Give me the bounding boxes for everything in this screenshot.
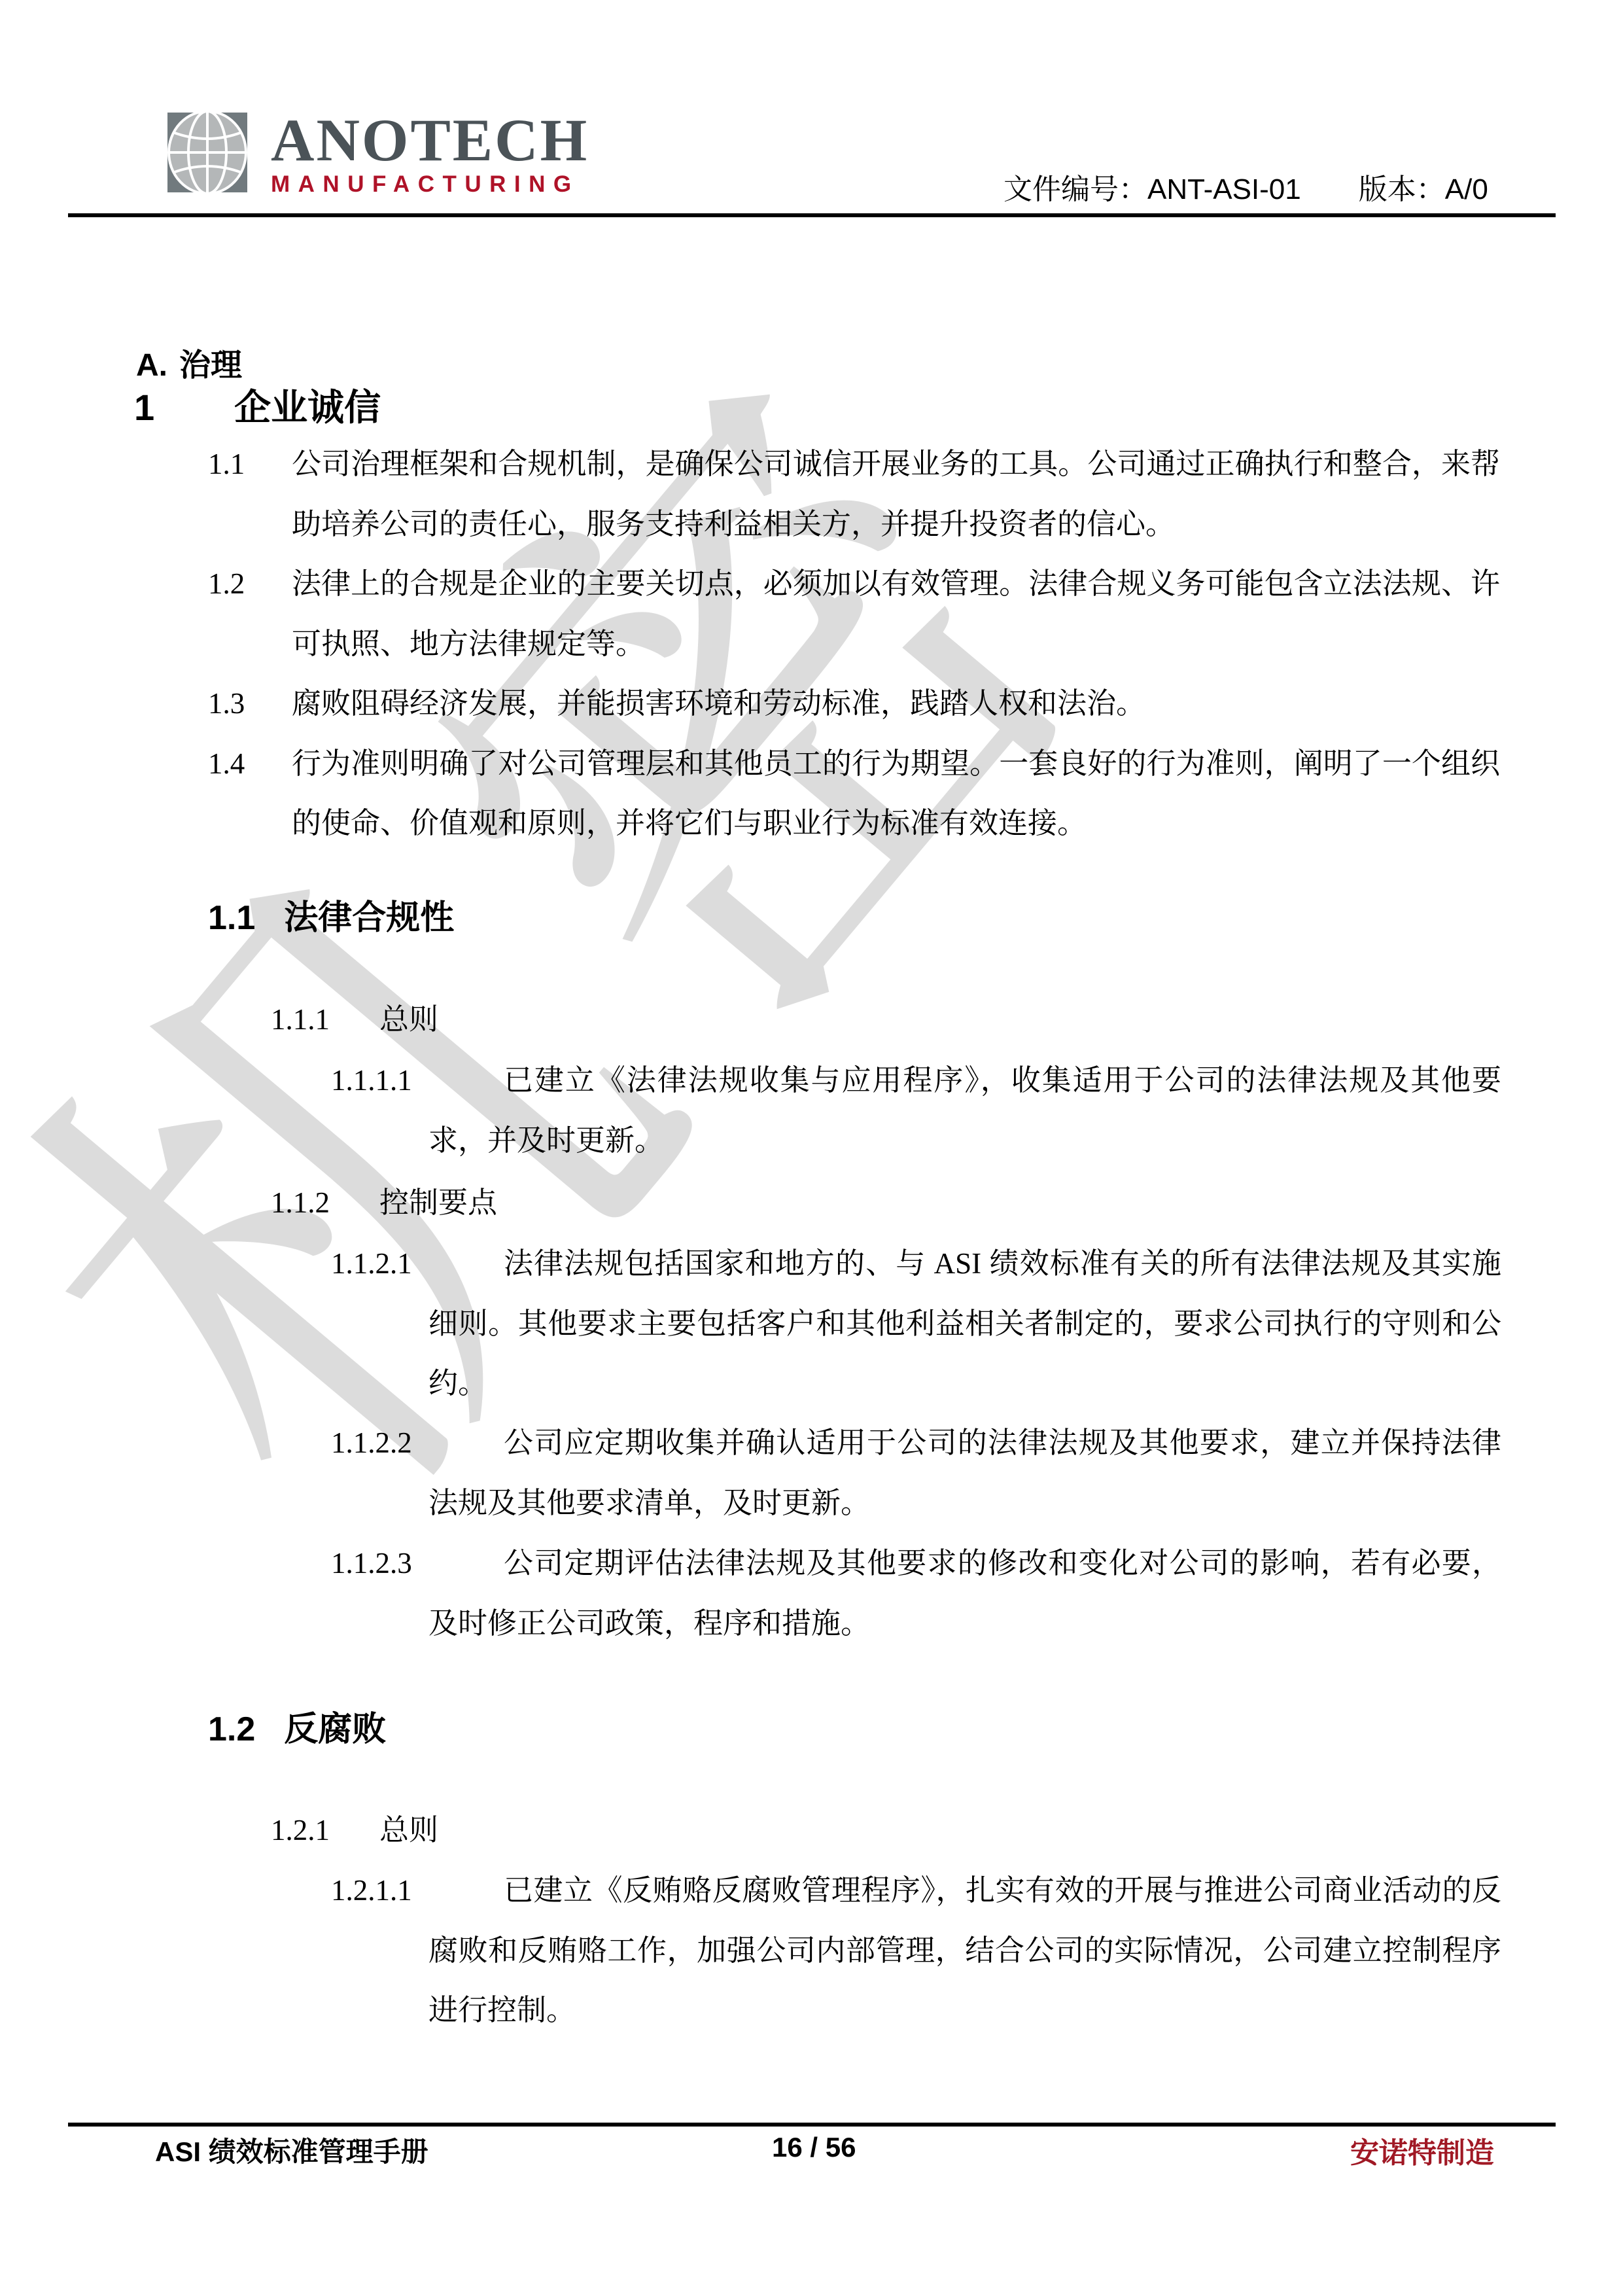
clause-number: 1.1.2.3: [331, 1534, 412, 1594]
subsection-title: 反腐败: [284, 1710, 386, 1748]
clause-item: 1.1.2.2 公司应定期收集并确认适用于公司的法律法规及其他要求，建立并保持法…: [428, 1413, 1501, 1533]
clause-number: 1.1.1.1: [331, 1051, 412, 1111]
clause-text: 公司治理框架和合规机制，是确保公司诚信开展业务的工具。公司通过正确执行和整合，来…: [292, 448, 1500, 540]
subheading-general-rules: 1.2.1总则: [271, 1800, 438, 1860]
subheading-control-points: 1.1.2控制要点: [271, 1173, 497, 1233]
company-logo: ANOTECH MANUFACTURING: [167, 110, 589, 198]
clause-item: 1.2.1.1 已建立《反贿赂反腐败管理程序》，扎实有效的开展与推进公司商业活动…: [428, 1861, 1501, 2041]
clause-text: 腐败阻碍经济发展，并能损害环境和劳动标准，践踏人权和法治。: [292, 687, 1145, 720]
version-value: A/0: [1445, 173, 1488, 205]
subheading-title: 控制要点: [379, 1186, 497, 1219]
clause-number: 1.1: [208, 434, 245, 495]
clause-text: 法律法规包括国家和地方的、与 ASI 绩效标准有关的所有法律法规及其实施细则。其…: [428, 1234, 1501, 1414]
clause-number: 1.1.2.1: [331, 1234, 412, 1294]
section-title: 治理: [179, 348, 242, 383]
doc-number-value: ANT-ASI-01: [1147, 173, 1301, 205]
subheading-number: 1.2.1: [271, 1800, 379, 1860]
clause-item: 1.2法律上的合规是企业的主要关切点，必须加以有效管理。法律合规义务可能包含立法…: [208, 554, 1500, 674]
clause-item: 1.1.2.3 公司定期评估法律法规及其他要求的修改和变化对公司的影响，若有必要…: [428, 1534, 1501, 1653]
chapter-heading-integrity: 1企业诚信: [134, 386, 381, 429]
clause-item: 1.1公司治理框架和合规机制，是确保公司诚信开展业务的工具。公司通过正确执行和整…: [208, 434, 1500, 554]
clause-text: 已建立《法律法规收集与应用程序》，收集适用于公司的法律法规及其他要求，并及时更新…: [428, 1051, 1501, 1171]
footer-page-number: 16 / 56: [772, 2132, 856, 2163]
logo-text: ANOTECH MANUFACTURING: [271, 110, 589, 198]
subsection-number: 1.2: [208, 1710, 255, 1748]
version-label: 版本：: [1359, 173, 1445, 205]
clause-text: 行为准则明确了对公司管理层和其他员工的行为期望。一套良好的行为准则，阐明了一个组…: [292, 747, 1500, 840]
chapter-number: 1: [134, 387, 154, 428]
footer-divider: [68, 2123, 1556, 2127]
subsection-heading-legal-compliance: 1.1法律合规性: [208, 898, 454, 938]
subheading-title: 总则: [379, 1814, 438, 1846]
footer-company-name: 安诺特制造: [1350, 2129, 1494, 2171]
subheading-number: 1.1.1: [271, 989, 379, 1050]
logo-subtitle: MANUFACTURING: [271, 171, 589, 198]
clause-item: 1.4行为准则明确了对公司管理层和其他员工的行为期望。一套良好的行为准则，阐明了…: [208, 734, 1500, 854]
header-meta: 文件编号：ANT-ASI-01版本：A/0: [1003, 174, 1488, 205]
clause-number: 1.1.2.2: [331, 1413, 412, 1474]
chapter-title: 企业诚信: [234, 387, 381, 428]
clause-text: 公司应定期收集并确认适用于公司的法律法规及其他要求，建立并保持法律法规及其他要求…: [428, 1413, 1501, 1533]
clause-item: 1.1.1.1 已建立《法律法规收集与应用程序》，收集适用于公司的法律法规及其他…: [428, 1051, 1501, 1171]
clause-text: 已建立《反贿赂反腐败管理程序》，扎实有效的开展与推进公司商业活动的反腐败和反贿赂…: [428, 1861, 1501, 2041]
doc-number-label: 文件编号：: [1003, 173, 1147, 205]
globe-logo-icon: [167, 110, 247, 195]
subheading-title: 总则: [379, 1003, 438, 1036]
clause-text: 法律上的合规是企业的主要关切点，必须加以有效管理。法律合规义务可能包含立法法规、…: [292, 567, 1500, 660]
clause-number: 1.4: [208, 734, 245, 794]
clause-number: 1.2.1.1: [331, 1861, 412, 1921]
clause-number: 1.2: [208, 554, 245, 614]
clause-list: 1.1公司治理框架和合规机制，是确保公司诚信开展业务的工具。公司通过正确执行和整…: [208, 434, 1500, 854]
subheading-number: 1.1.2: [271, 1173, 379, 1233]
section-heading-governance: A.治理: [136, 347, 242, 385]
logo-wordmark: ANOTECH: [271, 110, 589, 170]
subsection-heading-anti-corruption: 1.2反腐败: [208, 1709, 386, 1750]
subsection-number: 1.1: [208, 899, 255, 937]
clause-text: 公司定期评估法律法规及其他要求的修改和变化对公司的影响，若有必要，及时修正公司政…: [428, 1534, 1501, 1653]
subsection-title: 法律合规性: [284, 899, 454, 937]
clause-number: 1.3: [208, 674, 245, 734]
clause-item: 1.1.2.1 法律法规包括国家和地方的、与 ASI 绩效标准有关的所有法律法规…: [428, 1234, 1501, 1414]
footer-document-title: ASI 绩效标准管理手册: [155, 2130, 428, 2170]
subheading-general-rules: 1.1.1总则: [271, 989, 438, 1050]
header-divider: [68, 213, 1556, 217]
document-page: ANOTECH MANUFACTURING 文件编号：ANT-ASI-01版本：…: [0, 0, 1623, 2296]
section-letter: A.: [136, 348, 167, 383]
clause-item: 1.3腐败阻碍经济发展，并能损害环境和劳动标准，践踏人权和法治。: [208, 674, 1500, 734]
